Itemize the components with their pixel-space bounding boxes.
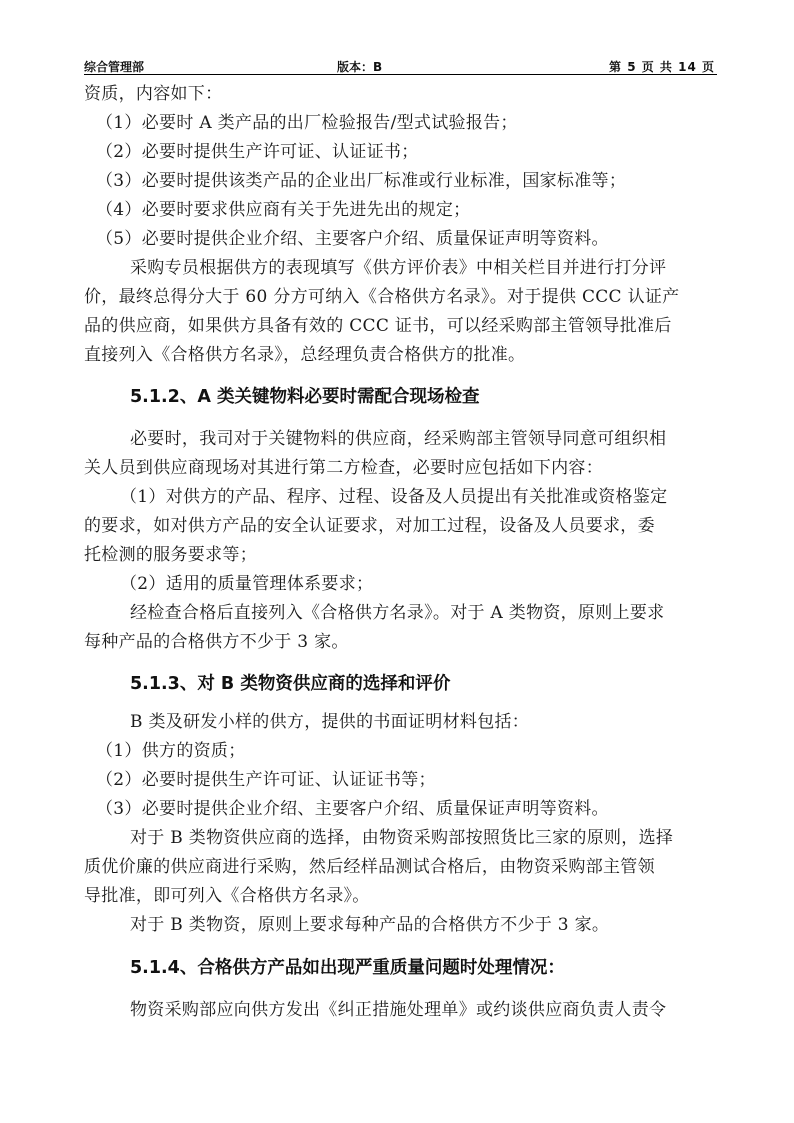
paragraph-line: 物资采购部应向供方发出《纠正措施处理单》或约谈供应商负责人责令 — [130, 999, 666, 1021]
paragraph-line: 质优价廉的供应商进行采购，然后经样品测试合格后，由物资采购部主管领 — [84, 856, 655, 878]
section-heading-5-1-3: 5.1.3、对 B 类物资供应商的选择和评价 — [130, 673, 450, 695]
list-item: （1）必要时 A 类产品的出厂检验报告/型式试验报告； — [96, 112, 518, 134]
paragraph-line: 品的供应商，如果供方具备有效的 CCC 证书，可以经采购部主管领导批准后 — [84, 315, 672, 337]
page-header: 综合管理部 版本：B 第 5 页 共 14 页 — [84, 57, 717, 75]
paragraph-line: 对于 B 类物资供应商的选择，由物资采购部按照货比三家的原则，选择 — [130, 827, 673, 849]
paragraph-line: 关人员到供应商现场对其进行第二方检查，必要时应包括如下内容： — [84, 457, 603, 479]
paragraph-line: 采购专员根据供方的表现填写《供方评价表》中相关栏目并进行打分评 — [130, 257, 666, 279]
list-item: （1）对供方的产品、程序、过程、设备及人员提出有关批准或资格鉴定 — [120, 486, 667, 508]
list-item: （3）必要时提供该类产品的企业出厂标准或行业标准，国家标准等； — [96, 170, 626, 192]
list-item: （4）必要时要求供应商有关于先进先出的规定； — [96, 199, 470, 221]
paragraph-line: 直接列入《合格供方名录》，总经理负责合格供方的批准。 — [84, 344, 525, 366]
list-item: （3）必要时提供企业介绍、主要客户介绍、质量保证声明等资料。 — [96, 798, 609, 820]
intro-continued-line: 资质，内容如下： — [84, 83, 222, 105]
section-heading-5-1-2: 5.1.2、A 类关键物料必要时需配合现场检查 — [130, 386, 479, 408]
paragraph-line: 导批准，即可列入《合格供方名录》。 — [84, 885, 370, 907]
paragraph-line: 的要求，如对供方产品的安全认证要求，对加工过程，设备及人员要求，委 — [84, 515, 655, 537]
list-item: （2）必要时提供生产许可证、认证证书等； — [96, 769, 436, 791]
list-item: （5）必要时提供企业介绍、主要客户介绍、质量保证声明等资料。 — [96, 228, 609, 250]
department-label: 综合管理部 — [84, 58, 144, 75]
section-heading-5-1-4: 5.1.4、合格供方产品如出现严重质量问题时处理情况： — [130, 957, 565, 979]
paragraph-line: 必要时，我司对于关键物料的供应商，经采购部主管领导同意可组织相 — [130, 428, 666, 450]
paragraph-line: 价，最终总得分大于 60 分方可纳入《合格供方名录》。对于提供 CCC 认证产 — [84, 286, 679, 308]
page-number: 第 5 页 共 14 页 — [609, 58, 715, 75]
list-item: （2）适用的质量管理体系要求； — [120, 573, 373, 595]
paragraph-line: 经检查合格后直接列入《合格供方名录》。对于 A 类物资，原则上要求 — [130, 602, 664, 624]
list-item: （2）必要时提供生产许可证、认证证书； — [96, 141, 419, 163]
paragraph-line: B 类及研发小样的供方，提供的书面证明材料包括： — [130, 711, 529, 733]
version-label: 版本：B — [337, 58, 382, 75]
paragraph-line: 每种产品的合格供方不少于 3 家。 — [84, 631, 349, 653]
paragraph-line: 对于 B 类物资，原则上要求每种产品的合格供方不少于 3 家。 — [130, 914, 609, 936]
paragraph-line: 托检测的服务要求等； — [84, 544, 257, 566]
list-item: （1）供方的资质； — [96, 740, 246, 762]
